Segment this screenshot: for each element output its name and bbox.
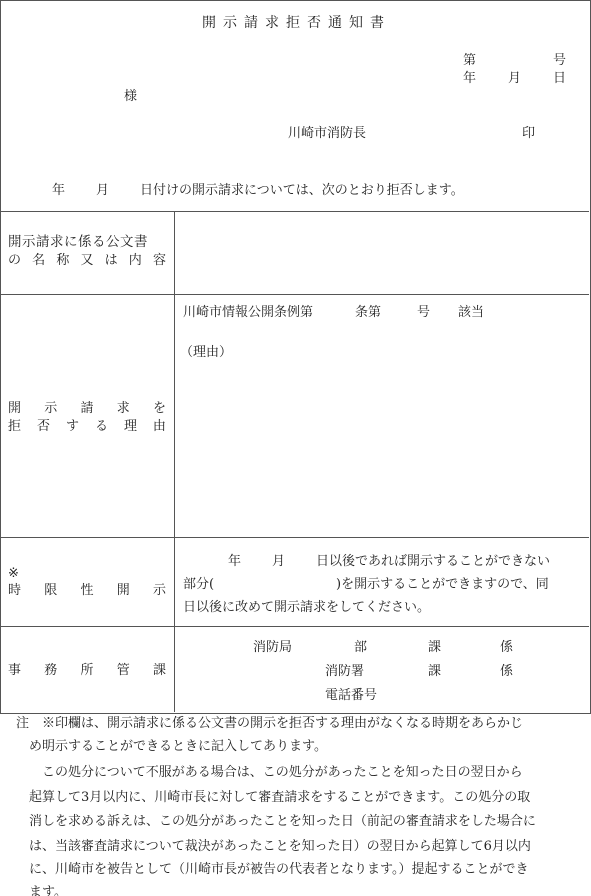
disclosure-line2-end: )を開示することができますので、同 bbox=[336, 578, 549, 591]
document-name-label-line1: 開示請求に係る公文書 bbox=[8, 236, 148, 250]
intro-year-label: 年 bbox=[52, 184, 65, 197]
row-divider bbox=[0, 211, 589, 212]
addressee-field[interactable] bbox=[10, 86, 120, 104]
note-line: 起算して3月以内に、川崎市長に対して審査請求をすることができます。この処分の取 bbox=[29, 787, 530, 809]
station-section-label: 課 bbox=[428, 665, 441, 678]
number-suffix: 号 bbox=[553, 54, 566, 67]
disclosure-year-label: 年 bbox=[228, 555, 241, 568]
note-line: め明示することができるときに記入してあります。 bbox=[29, 736, 327, 758]
addressee-suffix: 様 bbox=[124, 90, 137, 103]
time-limited-mark: ※ bbox=[8, 567, 19, 580]
note-line: は、当該審査請求について裁決があったことを知った日）の翌日から起算して6月以内 bbox=[29, 836, 531, 858]
time-limited-disclosure-label: 時 限 性 開 示 bbox=[8, 584, 166, 597]
date-month-label: 月 bbox=[508, 72, 521, 85]
fire-bureau-label: 消防局 bbox=[253, 641, 292, 654]
number-field[interactable] bbox=[480, 52, 550, 68]
reason-field[interactable] bbox=[180, 366, 584, 532]
note-line: 注 ※印欄は、開示請求に係る公文書の開示を拒否する理由がなくなる時期をあらかじ bbox=[16, 713, 523, 735]
row-divider bbox=[0, 626, 589, 627]
ordinance-item-label: 号 bbox=[417, 306, 430, 319]
disclosure-line3: 日以後に改めて開示請求をしてください。 bbox=[183, 601, 430, 614]
date-day-label: 日 bbox=[553, 72, 566, 85]
intro-month-label: 月 bbox=[96, 184, 109, 197]
disclosure-month-label: 月 bbox=[272, 555, 285, 568]
fire-station-label: 消防署 bbox=[325, 665, 364, 678]
applicable-label: 該当 bbox=[458, 306, 484, 319]
document-title: 開示請求拒否通知書 bbox=[202, 16, 391, 30]
intro-text: 日付けの開示請求については、次のとおり拒否します。 bbox=[140, 184, 464, 197]
refusal-reason-label-line1: 開 示 請 求 を bbox=[8, 402, 166, 415]
bureau-unit-label: 係 bbox=[500, 641, 513, 654]
disclosure-part-field[interactable] bbox=[222, 575, 332, 593]
reason-label: （理由） bbox=[180, 346, 232, 359]
row-divider bbox=[0, 537, 589, 538]
station-unit-label: 係 bbox=[500, 665, 513, 678]
disclosure-line1-text: 日以後であれば開示することができない bbox=[316, 555, 550, 568]
number-prefix: 第 bbox=[463, 54, 476, 67]
row-divider bbox=[0, 294, 589, 295]
column-divider bbox=[174, 211, 175, 712]
bureau-section-label: 課 bbox=[428, 641, 441, 654]
note-line: この処分について不服がある場合は、この処分があったことを知った日の翌日から bbox=[42, 762, 523, 784]
refusal-reason-label-line2: 拒 否 す る 理 由 bbox=[8, 420, 166, 433]
bureau-dept-label: 部 bbox=[354, 641, 367, 654]
issuer-name: 川崎市消防長 bbox=[288, 127, 366, 140]
phone-number-label: 電話番号 bbox=[325, 689, 377, 702]
phone-number-field[interactable] bbox=[385, 686, 535, 704]
document-name-label-line2: の 名 称 又 は 内 容 bbox=[8, 254, 166, 267]
office-in-charge-label: 事 務 所 管 課 bbox=[8, 664, 166, 677]
note-line: ます。 bbox=[29, 882, 67, 896]
ordinance-article-label: 条第 bbox=[355, 306, 381, 319]
disclosure-line2-start: 部分( bbox=[183, 578, 214, 591]
ordinance-clause-text: 川崎市情報公開条例第 bbox=[183, 306, 313, 319]
document-name-field[interactable] bbox=[180, 216, 584, 290]
seal-mark: 印 bbox=[522, 127, 535, 140]
note-line: に、川崎市を被告として（川崎市長が被告の代表者となります。）提起することができ bbox=[29, 859, 528, 881]
note-line: 消しを求める訴えは、この処分があったことを知った日（前記の審査請求をした場合に bbox=[29, 811, 536, 833]
date-year-label: 年 bbox=[463, 72, 476, 85]
